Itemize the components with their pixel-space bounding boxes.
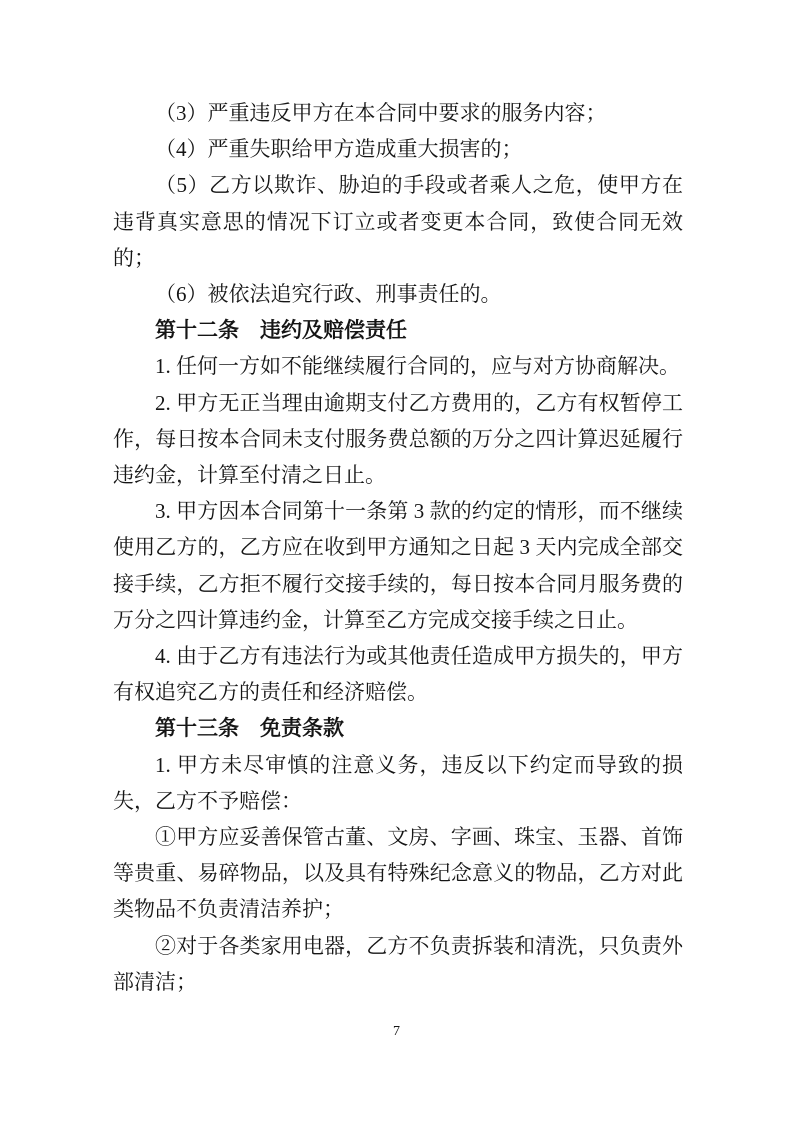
clause-item: 1. 甲方未尽审慎的注意义务，违反以下约定而导致的损失，乙方不予赔偿： (113, 747, 683, 819)
clause-item: 1. 任何一方如不能继续履行合同的，应与对方协商解决。 (113, 348, 683, 384)
clause-item: （5）乙方以欺诈、胁迫的手段或者乘人之危，使甲方在违背真实意思的情况下订立或者变… (113, 167, 683, 276)
section-heading-article-13: 第十三条 免责条款 (113, 710, 683, 746)
page-number: 7 (0, 1023, 793, 1041)
clause-item: ①甲方应妥善保管古董、文房、字画、珠宝、玉器、首饰等贵重、易碎物品，以及具有特殊… (113, 819, 683, 928)
clause-item: 3. 甲方因本合同第十一条第 3 款的约定的情形，而不继续使用乙方的，乙方应在收… (113, 493, 683, 638)
clause-item: 2. 甲方无正当理由逾期支付乙方费用的，乙方有权暂停工作，每日按本合同未支付服务… (113, 385, 683, 494)
clause-item: ②对于各类家用电器，乙方不负责拆装和清洗，只负责外部清洁； (113, 928, 683, 1000)
clause-item: （6）被依法追究行政、刑事责任的。 (113, 276, 683, 312)
section-heading-article-12: 第十二条 违约及赔偿责任 (113, 312, 683, 348)
clause-item: （4）严重失职给甲方造成重大损害的； (113, 131, 683, 167)
document-body: （3）严重违反甲方在本合同中要求的服务内容； （4）严重失职给甲方造成重大损害的… (113, 95, 683, 1000)
clause-item: 4. 由于乙方有违法行为或其他责任造成甲方损失的，甲方有权追究乙方的责任和经济赔… (113, 638, 683, 710)
clause-item: （3）严重违反甲方在本合同中要求的服务内容； (113, 95, 683, 131)
